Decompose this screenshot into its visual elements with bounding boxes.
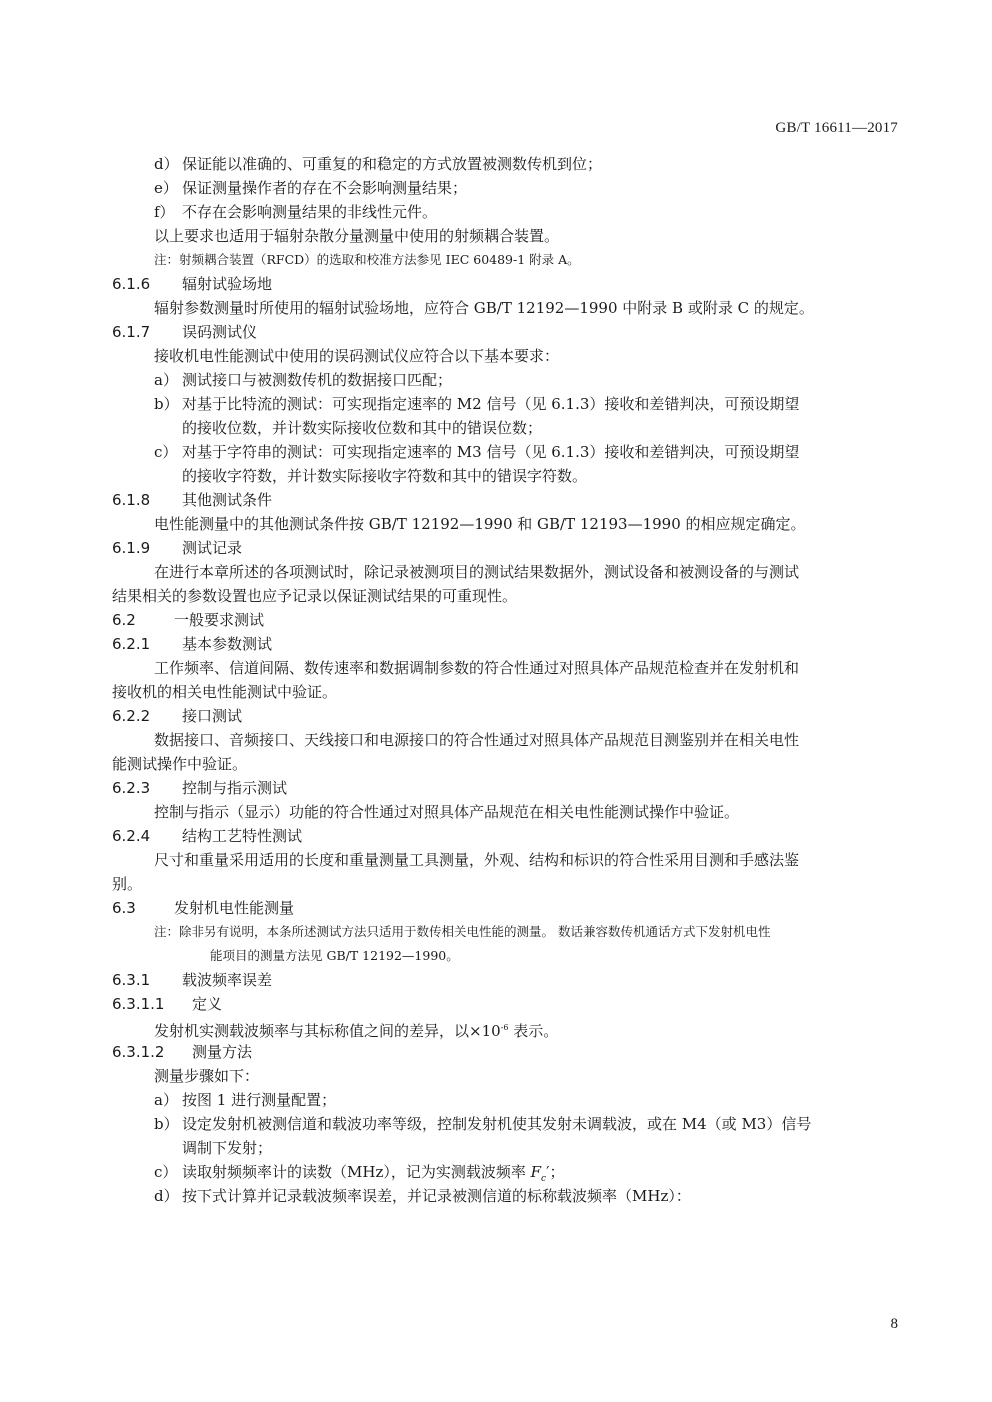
paragraph-text: 发射机实测载波频率与其标称值之间的差异，以×10	[154, 1022, 501, 1040]
list-item-text: 对基于字符串的测试：可实现指定速率的 M3 信号（见 6.1.3）接收和差错判决…	[182, 443, 799, 461]
section-title: 误码测试仪	[182, 323, 257, 341]
section-heading: 6.3发射机电性能测量	[112, 896, 902, 920]
list-marker: b）	[154, 1112, 182, 1136]
section-number: 6.2.4	[112, 824, 182, 848]
list-item-text-tail: ′；	[546, 1163, 564, 1181]
section-title: 接口测试	[182, 707, 242, 725]
paragraph: 辐射参数测量时所使用的辐射试验场地，应符合 GB/T 12192—1990 中附…	[112, 296, 902, 320]
paragraph-text: 工作频率、信道间隔、数传速率和数据调制参数的符合性通过对照具体产品规范检查并在发…	[154, 659, 799, 677]
list-item: e）保证测量操作者的存在不会影响测量结果；	[112, 176, 902, 200]
list-marker: c）	[154, 1160, 182, 1184]
note-text: 能项目的测量方法见 GB/T 12192—1990。	[210, 948, 459, 963]
list-marker: a）	[154, 368, 182, 392]
list-item: d）按下式计算并记录载波频率误差，并记录被测信道的标称载波频率（MHz）：	[112, 1184, 902, 1208]
paragraph: 控制与指示（显示）功能的符合性通过对照具体产品规范在相关电性能测试操作中验证。	[112, 800, 902, 824]
section-title: 基本参数测试	[182, 635, 272, 653]
section-number: 6.2.2	[112, 704, 182, 728]
paragraph-continuation: 能测试操作中验证。	[112, 752, 902, 776]
list-item: d）保证能以准确的、可重复的和稳定的方式放置被测数传机到位；	[112, 152, 902, 176]
note-continuation: 能项目的测量方法见 GB/T 12192—1990。	[112, 944, 902, 968]
list-item-text: 测试接口与被测数传机的数据接口匹配；	[182, 371, 452, 389]
paragraph-text: 接收机电性能测试中使用的误码测试仪应符合以下基本要求：	[154, 347, 559, 365]
section-heading: 6.1.9测试记录	[112, 536, 902, 560]
section-title: 一般要求测试	[174, 611, 264, 629]
list-item-text: 保证能以准确的、可重复的和稳定的方式放置被测数传机到位；	[182, 155, 602, 173]
section-heading: 6.2.2接口测试	[112, 704, 902, 728]
section-heading: 6.3.1.2测量方法	[112, 1040, 902, 1064]
list-marker: f）	[154, 200, 182, 224]
paragraph-text: 在进行本章所述的各项测试时，除记录被测项目的测试结果数据外，测试设备和被测设备的…	[154, 563, 799, 581]
section-title: 辐射试验场地	[182, 275, 272, 293]
list-item: c）对基于字符串的测试：可实现指定速率的 M3 信号（见 6.1.3）接收和差错…	[112, 440, 902, 464]
section-title: 定义	[192, 995, 222, 1013]
paragraph-text: 能测试操作中验证。	[112, 755, 247, 773]
paragraph-continuation: 接收机的相关电性能测试中验证。	[112, 680, 902, 704]
section-number: 6.3.1.2	[112, 1040, 192, 1064]
section-heading: 6.2.1基本参数测试	[112, 632, 902, 656]
paragraph: 工作频率、信道间隔、数传速率和数据调制参数的符合性通过对照具体产品规范检查并在发…	[112, 656, 902, 680]
paragraph-text-tail: 表示。	[508, 1022, 558, 1040]
section-number: 6.1.6	[112, 272, 182, 296]
list-item-text: 的接收字符数，并计数实际接收字符数和其中的错误字符数。	[182, 467, 587, 485]
section-heading: 6.2.3控制与指示测试	[112, 776, 902, 800]
section-number: 6.2	[112, 608, 174, 632]
section-number: 6.2.1	[112, 632, 182, 656]
section-heading: 6.1.8其他测试条件	[112, 488, 902, 512]
note-text: 注：射频耦合装置（RFCD）的选取和校准方法参见 IEC 60489-1 附录 …	[154, 252, 580, 267]
section-number: 6.3.1	[112, 968, 182, 992]
paragraph: 测量步骤如下：	[112, 1064, 902, 1088]
paragraph-text: 控制与指示（显示）功能的符合性通过对照具体产品规范在相关电性能测试操作中验证。	[154, 803, 739, 821]
paragraph: 电性能测量中的其他测试条件按 GB/T 12192—1990 和 GB/T 12…	[112, 512, 902, 536]
paragraph: 以上要求也适用于辐射杂散分量测量中使用的射频耦合装置。	[112, 224, 902, 248]
list-marker: d）	[154, 152, 182, 176]
paragraph-continuation: 结果相关的参数设置也应予记录以保证测试结果的可重现性。	[112, 584, 902, 608]
note-text: 注：除非另有说明，本条所述测试方法只适用于数传相关电性能的测量。 数话兼容数传机…	[154, 924, 770, 939]
paragraph-text: 数据接口、音频接口、天线接口和电源接口的符合性通过对照具体产品规范目测鉴别并在相…	[154, 731, 799, 749]
section-title: 载波频率误差	[182, 971, 272, 989]
section-number: 6.1.9	[112, 536, 182, 560]
list-item: a）测试接口与被测数传机的数据接口匹配；	[112, 368, 902, 392]
section-heading: 6.3.1.1定义	[112, 992, 902, 1016]
list-item-continuation: 的接收位数，并计数实际接收位数和其中的错误位数；	[112, 416, 902, 440]
section-number: 6.1.8	[112, 488, 182, 512]
list-marker: c）	[154, 440, 182, 464]
paragraph-text: 结果相关的参数设置也应予记录以保证测试结果的可重现性。	[112, 587, 517, 605]
paragraph: 在进行本章所述的各项测试时，除记录被测项目的测试结果数据外，测试设备和被测设备的…	[112, 560, 902, 584]
section-heading: 6.2.4结构工艺特性测试	[112, 824, 902, 848]
section-number: 6.3.1.1	[112, 992, 192, 1016]
list-item: f）不存在会影响测量结果的非线性元件。	[112, 200, 902, 224]
paragraph: 发射机实测载波频率与其标称值之间的差异，以×10-6 表示。	[112, 1016, 902, 1040]
paragraph-text: 辐射参数测量时所使用的辐射试验场地，应符合 GB/T 12192—1990 中附…	[154, 299, 814, 317]
list-item-text: 设定发射机被测信道和载波功率等级，控制发射机使其发射未调载波，或在 M4（或 M…	[182, 1115, 811, 1133]
paragraph-text: 电性能测量中的其他测试条件按 GB/T 12192—1990 和 GB/T 12…	[154, 515, 806, 533]
list-marker: b）	[154, 392, 182, 416]
list-item: c）读取射频频率计的读数（MHz），记为实测载波频率 Fc′；	[112, 1160, 902, 1184]
section-heading: 6.1.6辐射试验场地	[112, 272, 902, 296]
section-heading: 6.1.7误码测试仪	[112, 320, 902, 344]
paragraph: 尺寸和重量采用适用的长度和重量测量工具测量，外观、结构和标识的符合性采用目测和手…	[112, 848, 902, 872]
list-item: b）对基于比特流的测试：可实现指定速率的 M2 信号（见 6.1.3）接收和差错…	[112, 392, 902, 416]
paragraph-continuation: 别。	[112, 872, 902, 896]
section-title: 测量方法	[192, 1043, 252, 1061]
section-number: 6.2.3	[112, 776, 182, 800]
section-title: 结构工艺特性测试	[182, 827, 302, 845]
section-title: 测试记录	[182, 539, 242, 557]
section-number: 6.1.7	[112, 320, 182, 344]
list-item-text: 读取射频频率计的读数（MHz），记为实测载波频率	[182, 1163, 531, 1181]
list-item-text: 不存在会影响测量结果的非线性元件。	[182, 203, 437, 221]
section-heading: 6.3.1载波频率误差	[112, 968, 902, 992]
list-item: a）按图 1 进行测量配置；	[112, 1088, 902, 1112]
section-number: 6.3	[112, 896, 174, 920]
note: 注：射频耦合装置（RFCD）的选取和校准方法参见 IEC 60489-1 附录 …	[112, 248, 902, 272]
paragraph-text: 别。	[112, 875, 142, 893]
paragraph-text: 以上要求也适用于辐射杂散分量测量中使用的射频耦合装置。	[154, 227, 559, 245]
list-marker: a）	[154, 1088, 182, 1112]
list-marker: d）	[154, 1184, 182, 1208]
note: 注：除非另有说明，本条所述测试方法只适用于数传相关电性能的测量。 数话兼容数传机…	[112, 920, 902, 944]
formula-symbol: F	[531, 1163, 541, 1181]
standard-id-header: GB/T 16611—2017	[775, 120, 898, 137]
section-title: 发射机电性能测量	[174, 899, 294, 917]
list-item-text: 按图 1 进行测量配置；	[182, 1091, 336, 1109]
list-item-text: 对基于比特流的测试：可实现指定速率的 M2 信号（见 6.1.3）接收和差错判决…	[182, 395, 799, 413]
list-item-text: 的接收位数，并计数实际接收位数和其中的错误位数；	[182, 419, 542, 437]
list-item-text: 按下式计算并记录载波频率误差，并记录被测信道的标称载波频率（MHz）：	[182, 1187, 691, 1205]
paragraph-text: 尺寸和重量采用适用的长度和重量测量工具测量，外观、结构和标识的符合性采用目测和手…	[154, 851, 799, 869]
page-number: 8	[891, 1316, 899, 1333]
list-item-text: 保证测量操作者的存在不会影响测量结果；	[182, 179, 467, 197]
list-item: b）设定发射机被测信道和载波功率等级，控制发射机使其发射未调载波，或在 M4（或…	[112, 1112, 902, 1136]
paragraph: 数据接口、音频接口、天线接口和电源接口的符合性通过对照具体产品规范目测鉴别并在相…	[112, 728, 902, 752]
section-title: 控制与指示测试	[182, 779, 287, 797]
section-title: 其他测试条件	[182, 491, 272, 509]
list-item-continuation: 调制下发射；	[112, 1136, 902, 1160]
section-heading: 6.2一般要求测试	[112, 608, 902, 632]
list-marker: e）	[154, 176, 182, 200]
paragraph-text: 接收机的相关电性能测试中验证。	[112, 683, 337, 701]
paragraph-text: 测量步骤如下：	[154, 1067, 259, 1085]
list-item-text: 调制下发射；	[182, 1139, 272, 1157]
paragraph: 接收机电性能测试中使用的误码测试仪应符合以下基本要求：	[112, 344, 902, 368]
list-item-continuation: 的接收字符数，并计数实际接收字符数和其中的错误字符数。	[112, 464, 902, 488]
document-body: d）保证能以准确的、可重复的和稳定的方式放置被测数传机到位；e）保证测量操作者的…	[112, 152, 902, 1208]
